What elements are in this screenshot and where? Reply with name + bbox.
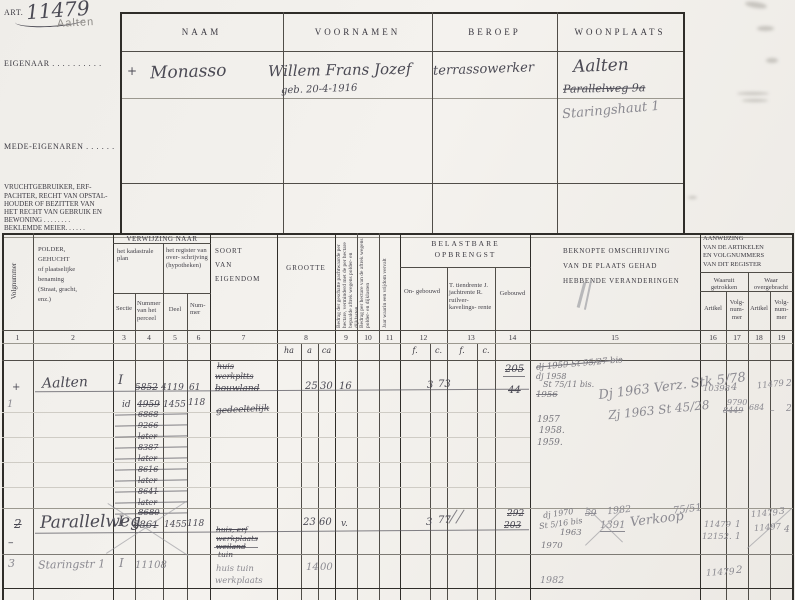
row2-grootte-a: 23 [303,517,316,528]
table-line [113,243,211,244]
subgroup-register-overschrijving: het register van over- schrijving (hypot… [166,247,208,269]
row1-jaar: 1958. [539,426,565,436]
row3-perceel: 11108 [135,560,167,571]
column-number: 14 [495,333,530,342]
column-header-gebouwd: Gebouwd [495,290,530,297]
owner-new-address: Staringshaut 1 [562,99,661,122]
column-number: 6 [187,333,210,342]
row2-soort: tuin [218,550,233,559]
column-header-volgnummer: Volgnummer [10,236,28,326]
table-line [357,233,358,600]
group-header-aanwijzing: EN VOLGNUMMERS [703,252,764,259]
table-line [683,12,685,233]
label-vruchtgebruiker-line: HOUDER OF BEZITTER VAN [4,200,95,208]
column-header-woonplaats: WOONPLAATS [557,27,683,37]
unit-a: a [301,346,318,355]
row2-artikel-waaruit: 11479 [704,520,731,530]
label-vruchtgebruiker-line: VRUCHTGEBRUIKER, ERF- [4,184,92,192]
owner-birthdate: geb. 20-4-1916 [281,83,358,97]
column-header-deel: Deel [163,306,187,313]
table-line [748,272,749,600]
label-vruchtgebruiker-line: BEKLEMDE MEIER. . . . . . [4,224,85,232]
unit-f: f. [400,346,430,355]
unit-c: c. [430,346,447,355]
ruled-line [2,487,530,488]
column-header-volgnr: Volg- num- mer [727,299,747,321]
table-line [113,293,211,294]
row1-gebouwd: 44 [508,385,521,396]
row2-pachtwaarde: v. [341,519,348,529]
row1-gebouwd-old: 205 [505,364,524,375]
row1-nummer2: 118 [188,398,205,408]
column-header-polder: (Straat, gracht, [38,286,77,293]
ruled-line [2,462,530,463]
unit-c: c. [477,346,495,355]
owner-residence: Aalten [573,55,629,77]
column-number: 12 [400,333,447,342]
label-vruchtgebruiker-line: PACHTER, RECHT VAN OPSTAL- [4,192,107,200]
column-number: 9 [335,333,357,342]
table-line [557,12,558,233]
table-line [447,267,448,600]
scan-smudge [766,58,778,63]
column-header-voornamen: VOORNAMEN [283,27,432,37]
place-stamp: Aalten [57,16,95,30]
strike-line [503,376,525,377]
row1-soort: werkpltts [215,372,253,381]
subgroup-kadastraal-plan: het kadastrale plan [117,248,159,263]
column-header-naam: NAAM [120,27,283,37]
column-header-beknopte: VAN DE PLAATS GEHAD [563,262,657,270]
row2-nummer: 118 [187,519,204,529]
row1-volgnr-waaruit2: 684 [749,403,764,412]
row1-soort-gedeeltelijk: gedeeltelijk [216,404,270,417]
row1-omschrijving: 1956 [536,390,558,400]
table-line [120,12,122,233]
row3-omschrijving: 1982 [540,575,564,586]
column-number: 2 [33,333,113,342]
row1-soort: bouwland [215,384,259,394]
row2-omschrijving: 1970 [541,541,563,551]
column-header-beroep: BEROEP [432,27,557,37]
table-line [120,12,683,14]
column-header-nummer: Num- mer [190,302,209,317]
row3-sectie: I [119,556,124,570]
row1-jaar: 1959. [537,438,563,448]
row2-omschrijving: 1963 [560,528,582,538]
owner-check-mark: + [127,64,137,78]
column-header-beknopte: BEKNOPTE OMSCHRIJVING [563,247,670,255]
row1-omschrijving-1963b: Zj 1963 St 45/28 [608,398,711,423]
row2-soort: huis, erf [216,525,247,534]
unit-ha: ha [277,346,301,355]
table-line [495,267,496,600]
row1-jaar: 1957 [537,415,560,425]
row1-omschrijving: St 75/11 bis. [543,380,594,389]
row2-volgnr: 2 [14,517,22,531]
row1-volgnr-waar: 2 [786,379,792,389]
table-line [530,233,531,600]
column-header-polder: POLDER, [38,246,65,253]
scan-smudge [737,92,769,95]
table-line [700,272,793,273]
cadastral-register-scan: ART. 11479 Aalten NAAM VOORNAMEN BEROEP … [0,0,795,600]
row1-volgnr-mark: + [12,382,20,393]
label-eigenaar: EIGENAAR . . . . . . . . . . [4,59,102,68]
table-line [33,233,34,600]
row2-volgnr-waar2: 4 [784,525,790,535]
table-line [400,267,531,268]
row2-sectie: I [118,514,124,530]
scan-smudge [757,26,774,31]
column-number: 7 [210,333,277,342]
row2-artikel-waaruit2: 12152. [702,532,732,542]
row1-strike-line [35,389,529,393]
column-header-ongebouwd: On- gebouwd [404,288,444,295]
column-header-pachtwaarde: Bedrag der geschatte pachtwaarde per hec… [337,235,357,328]
row1-sectie-idem: id [122,400,131,410]
column-header-soort: EIGENDOM [215,275,260,283]
column-number: 1 [2,333,33,342]
column-header-polder: of plaatselijke [38,266,75,273]
row1-artikel-waar: 11479 [757,379,785,392]
row3-grootte-ca: 00 [320,562,333,573]
group-header-aanwijzing: AANWIJZING [703,235,743,242]
column-number: 15 [530,333,700,342]
row1-polder: Aalten [42,374,88,392]
column-header-grootte: GROOTTE [277,264,335,272]
column-header-artikel: Artikel [700,305,726,312]
column-number: 8 [277,333,335,342]
unit-f: f. [447,346,477,355]
table-line [113,233,114,600]
column-header-waaruit: Waaruit getrokken [701,277,747,292]
row3-grootte-a: 14 [306,562,319,573]
column-header-waar: Waar overgebracht [749,277,793,292]
group-header-aanwijzing: VAN DE ARTIKELEN [703,244,764,251]
column-header-soort: SOORT [215,247,243,255]
table-line [2,588,793,589]
column-header-volgnr: Volg- num- mer [771,299,792,321]
row2-grootte-ca: 60 [319,517,332,528]
owner-old-address: Parallelweg 9a [563,81,646,95]
row1-deel2: 1455 [163,400,186,410]
table-line [163,243,164,600]
label-mede-eigenaren: MEDE-EIGENAREN . . . . . . [4,142,115,151]
label-vruchtgebruiker-line: HET RECHT VAN GEBRUIK EN [4,208,102,216]
row1-omschrijving: dj 1959 St 95/27 bis [536,355,623,373]
column-number: 3 [113,333,135,342]
table-line [301,343,302,600]
owner-given-names: Willem Frans Jozef [268,60,412,81]
column-number: 4 [135,333,163,342]
table-line [120,98,683,99]
row3-soort: werkplaats [215,576,263,586]
row3-volgnr-waaruit: 2 [736,565,742,576]
row2-volgnr-waaruit: 1 [735,520,741,530]
table-line [2,360,793,361]
column-header-nummer-perceel: Nummer van het perceel [137,300,163,322]
row2-omschrijving-7551: 75/51 [672,502,702,516]
table-line [210,233,211,600]
scan-smudge [688,196,697,199]
table-line [2,233,4,600]
row1-volgnr: 1 [7,399,13,410]
scan-smudge [745,0,768,9]
column-header-polder: GEHUCHT [38,256,70,263]
table-line [120,183,683,184]
group-header-verwijzing: VERWIJZING NAAR [113,235,211,243]
table-line [283,12,284,233]
row1-artikel-waaruit: 10398 [703,384,730,394]
column-number: 17 [726,333,748,342]
row1-dash: – [770,406,775,416]
column-number: 18 [748,333,770,342]
row2-deel: 1455 [164,520,187,530]
column-number: 16 [700,333,726,342]
table-line [277,233,278,600]
owner-profession: terrassowerker [433,60,535,79]
table-line [2,554,793,555]
row3-volgnr: 3 [8,557,15,570]
column-number: 19 [770,333,793,342]
row2-volgnr-waaruit2: 1 [735,532,741,542]
column-number: 11 [379,333,400,342]
column-number: 13 [447,333,495,342]
group-header-belastbare-opbrengst: BELASTBARE OPBRENGST [400,238,531,260]
scan-smudge [742,99,768,102]
column-header-rente: T. tiendrente J. jachtrente R. ruilver- … [449,282,494,312]
row1-volgnr-waar2: 2 [786,404,792,414]
column-header-polder: benaming [38,276,64,283]
row3-soort: huis tuin [216,564,254,574]
row3-artikel-waaruit: 11479 [706,567,735,578]
column-header-aftrek: Bedrag per hectare van de aftrek wegens … [360,235,378,328]
column-header-polder: enz.) [38,296,51,303]
row2-gebouwd-old: 292 [507,509,524,519]
column-header-artikel: Artikel [748,305,770,312]
row1-volgnr-waaruit: 4 [731,382,737,393]
label-vruchtgebruiker-line: BEWONING . . . . . . . . [4,216,70,224]
table-line [379,233,380,600]
table-line [432,12,433,233]
column-header-sectie: Sectie [113,305,135,312]
table-line [2,330,793,331]
row3-polder: Staringstr 1 [38,557,105,571]
group-header-aanwijzing: VAN DIT REGISTER [703,261,761,268]
row1-artikel-waaruit2-old: 8449 [723,406,743,415]
row2-volgnr-dash: – [8,536,14,549]
row1-soort: huis [217,362,234,371]
column-header-beknopte: HEBBENDE VERANDERINGEN [563,277,679,285]
strike-line [214,547,258,548]
ruled-line [2,437,530,438]
column-header-vrijdom: Jaar waarin een vrijdom vervalt [383,235,399,328]
column-header-soort: VAN [215,261,232,269]
row1-sectie: I [118,373,123,388]
row1-perceel-old2: 4959 [137,400,160,410]
table-line [400,233,401,600]
table-line [2,343,793,344]
row2-ongebouwd-f: 3 [426,517,432,528]
table-line [477,343,478,600]
row2-artikel-waar: 11479 [751,508,779,520]
art-label: ART. [4,8,23,17]
unit-ca: ca [318,346,335,355]
column-number: 5 [163,333,187,342]
column-number: 10 [357,333,379,342]
table-line [120,51,683,52]
owner-name: Monasso [150,61,227,84]
